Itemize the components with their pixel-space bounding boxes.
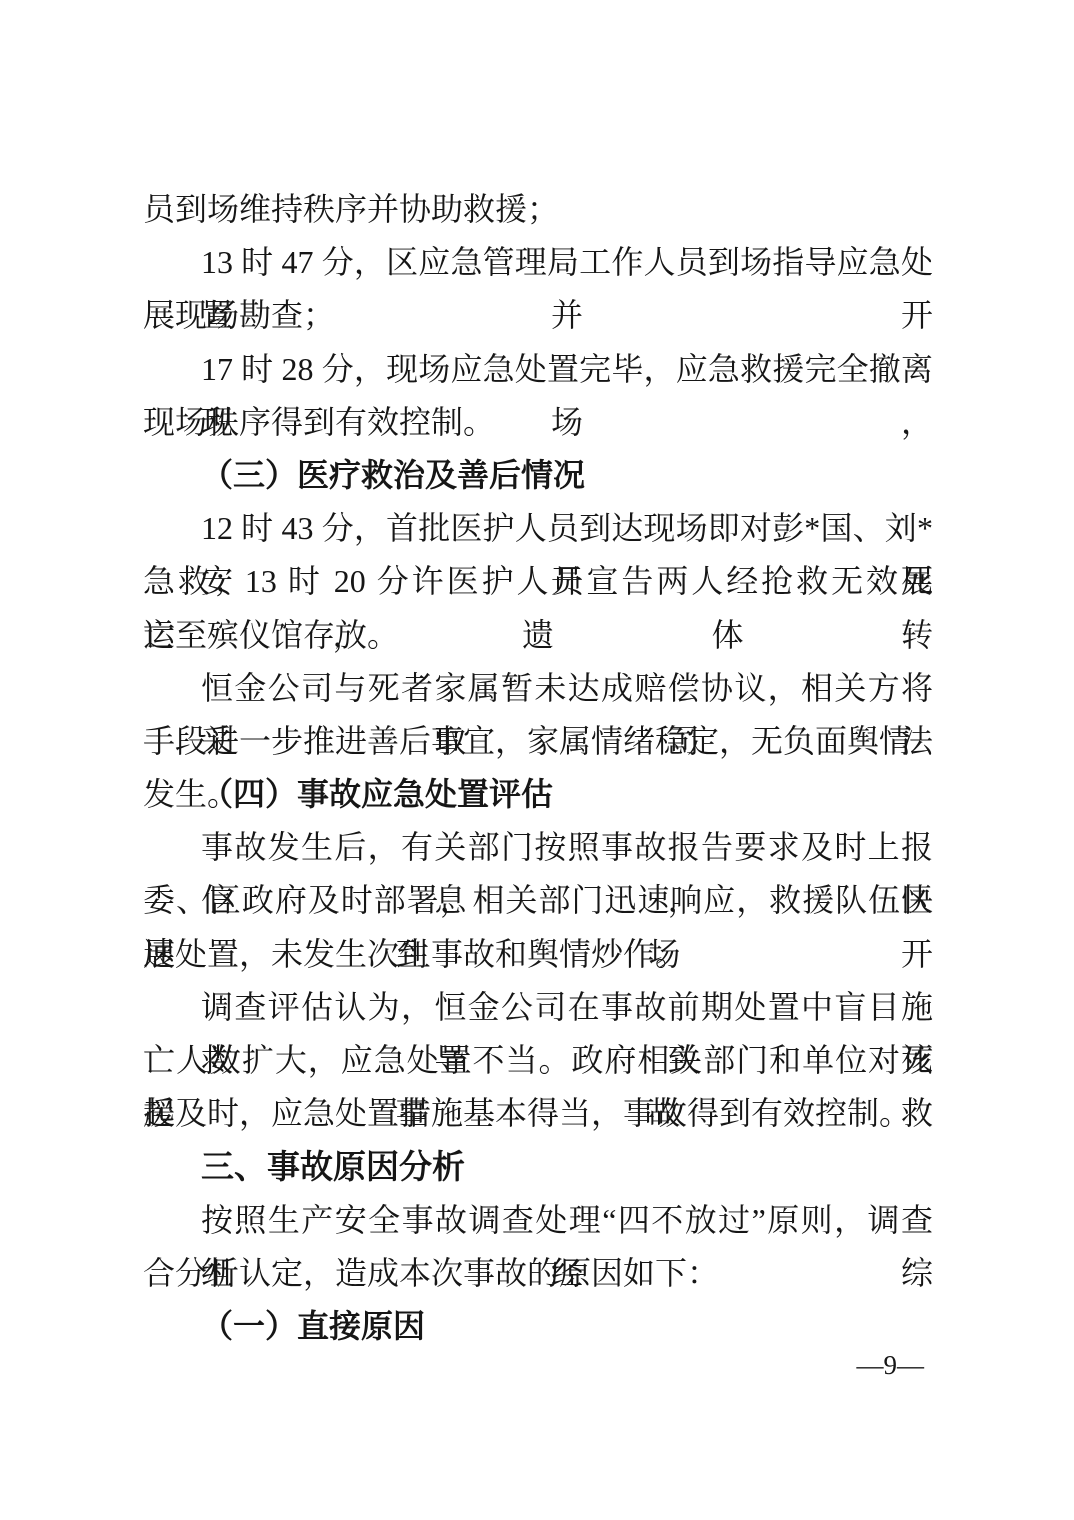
text-line: 手段进一步推进善后事宜，家属情绪稳定，无负面舆情发生。 xyxy=(143,715,933,768)
document-page: 员到场维持秩序并协助救援；13 时 47 分，区应急管理局工作人员到场指导应急处… xyxy=(0,0,1074,1520)
page-number: —9— xyxy=(857,1348,925,1382)
text-line: 急救；13 时 20 分许医护人员宣告两人经抢救无效死亡，遗体转 xyxy=(143,555,933,608)
text-line: 委、区政府及时部署，相关部门迅速响应，救援队伍快速到场开 xyxy=(143,874,933,927)
text-line: 调查评估认为，恒金公司在事故前期处置中盲目施救导致死 xyxy=(143,981,933,1034)
text-line: 援及时，应急处置措施基本得当，事故得到有效控制。 xyxy=(143,1087,933,1140)
text-block: 员到场维持秩序并协助救援；13 时 47 分，区应急管理局工作人员到场指导应急处… xyxy=(143,183,933,1353)
text-line: 13 时 47 分，区应急管理局工作人员到场指导应急处置并开 xyxy=(143,236,933,289)
text-line: （一）直接原因 xyxy=(143,1300,933,1353)
text-line: （三）医疗救治及善后情况 xyxy=(143,449,933,502)
text-line: （四）事故应急处置评估 xyxy=(143,768,933,821)
text-line: 事故发生后，有关部门按照事故报告要求及时上报信息，区 xyxy=(143,821,933,874)
text-line: 三、事故原因分析 xyxy=(143,1140,933,1193)
text-line: 恒金公司与死者家属暂未达成赔偿协议，相关方将采取司法 xyxy=(143,662,933,715)
text-line: 17 时 28 分，现场应急处置完毕，应急救援完全撤离现场， xyxy=(143,343,933,396)
text-line: 员到场维持秩序并协助救援； xyxy=(143,183,933,236)
text-line: 亡人数扩大，应急处置不当。政府相关部门和单位对该起事故救 xyxy=(143,1034,933,1087)
text-line: 按照生产安全事故调查处理“四不放过”原则，调查组经综 xyxy=(143,1194,933,1247)
text-line: 12 时 43 分，首批医护人员到达现场即对彭*国、刘*安开展 xyxy=(143,502,933,555)
